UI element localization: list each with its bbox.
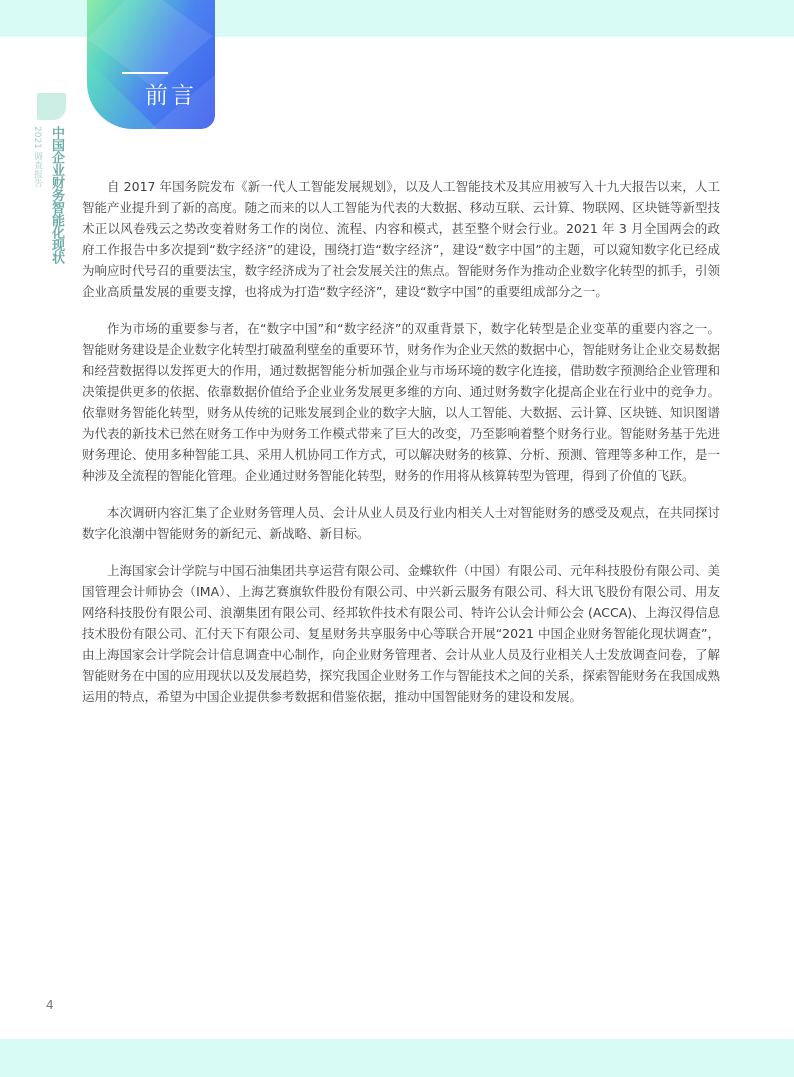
page-title: 前言 [145,77,197,110]
paragraph-2: 作为市场的重要参与者，在“数字中国”和“数字经济”的双重背景下，数字化转型是企业… [82,318,720,486]
report-subtitle-vertical: 2021 调查报告 [31,126,44,446]
sidebar-decorative-square [37,93,66,120]
body-text: 自 2017 年国务院发布《新一代人工智能发展规划》，以及人工智能技术及其应用被… [82,176,720,723]
report-title-vertical: 中国企业财务智能化现状 [47,126,66,446]
title-overline [122,72,168,74]
bottom-decorative-band [0,1039,794,1077]
page-number: 4 [46,998,54,1012]
paragraph-4: 上海国家会计学院与中国石油集团共享运营有限公司、金蝶软件（中国）有限公司、元年科… [82,560,720,707]
paragraph-3: 本次调研内容汇集了企业财务管理人员、会计从业人员及行业内相关人士对智能财务的感受… [82,502,720,544]
document-page: 前言 中国企业财务智能化现状 2021 调查报告 自 2017 年国务院发布《新… [0,0,794,1077]
paragraph-1: 自 2017 年国务院发布《新一代人工智能发展规划》，以及人工智能技术及其应用被… [82,176,720,302]
preface-badge: 前言 [87,0,215,129]
sidebar-vertical-title: 中国企业财务智能化现状 2021 调查报告 [36,126,66,446]
